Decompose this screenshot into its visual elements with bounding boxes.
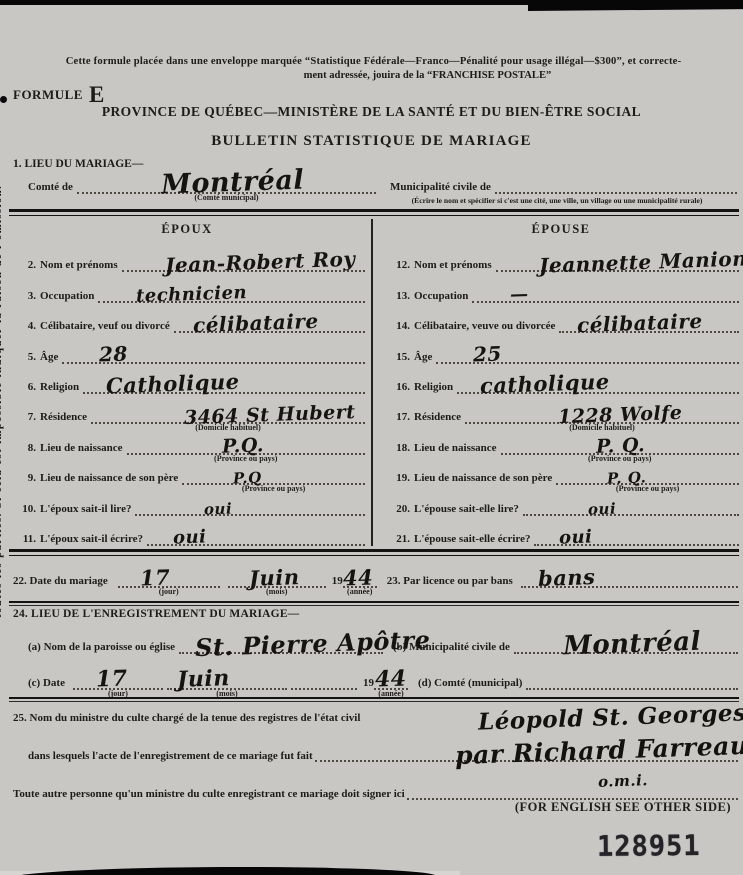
postal-note-line1: Cette formule placée dans une enveloppe … [12, 56, 735, 67]
section1-row: Comté de Montréal (Comté municipal) Muni… [28, 168, 737, 194]
minister-name2-handwritten: par Richard Farreau [455, 731, 743, 770]
form-row-17: 17.Résidence1228 Wolfe(Domicile habituel… [383, 394, 739, 424]
municipalite-field [495, 172, 737, 194]
scan-edge-bottom [8, 867, 436, 875]
form-row-13: 13.Occupation— [383, 272, 739, 302]
date-gap [291, 666, 357, 690]
row-label: Religion [414, 381, 453, 394]
row-number: 4. [9, 320, 40, 333]
spouse-columns: ÉPOUX 2.Nom et prénomsJean-Robert Roy 3.… [9, 219, 739, 546]
row-number: 10. [9, 503, 40, 516]
row-number: 9. [9, 472, 40, 485]
municipalite-caption: (Écrire le nom et spécifier si c'est une… [375, 196, 739, 205]
row-number: 17. [383, 411, 414, 424]
handwritten-value: 25 [472, 341, 502, 366]
row-number: 13. [383, 290, 414, 303]
row-number: 18. [383, 442, 414, 455]
form-title: PROVINCE DE QUÉBEC—MINISTÈRE DE LA SANTÉ… [0, 104, 743, 120]
comte-municipal-field [526, 666, 738, 690]
row-label: Nom et prénoms [40, 259, 118, 272]
row-number: 21. [383, 533, 414, 546]
divider-rule [9, 549, 739, 556]
row-label: Lieu de naissance [40, 442, 123, 455]
jour-field: 17 (jour) [118, 564, 220, 588]
date-annee-field: 44 (année) [374, 666, 408, 690]
licence-bans-field: bans [521, 564, 738, 588]
row-field: Jean-Robert Roy [122, 246, 365, 272]
comte-municipal-label: (d) Comté (municipal) [408, 677, 527, 690]
row-field: P.Q.(Province ou pays) [127, 429, 365, 455]
row-field: oui [534, 520, 739, 546]
row-label: Occupation [414, 290, 468, 303]
row-label: Célibataire, veuve ou divorcée [414, 320, 555, 333]
minister-name-handwritten: Léopold St. Georges [478, 699, 743, 735]
row-field: P. Q.(Province ou pays) [501, 429, 739, 455]
section24-row-ab: (a) Nom de la paroisse ou église St. Pie… [28, 624, 738, 654]
row-field: 3464 St Hubert(Domicile habituel) [91, 398, 365, 424]
form-row-12: 12.Nom et prénomsJeannette Manion [383, 242, 739, 272]
row-label: Âge [414, 351, 432, 364]
row-label: Célibataire, veuf ou divorcé [40, 320, 170, 333]
row-field: technicien [98, 277, 365, 303]
row-field: 25 [436, 338, 739, 364]
section24-heading: 24. LIEU DE L'ENREGISTREMENT DU MARIAGE— [13, 608, 299, 620]
other-signature-field [407, 786, 738, 800]
row-number: 20. [383, 503, 414, 516]
row-label: L'épouse sait-elle écrire? [414, 533, 530, 546]
handwritten-value: oui [559, 526, 593, 548]
handwritten-value: 28 [98, 341, 128, 366]
row-field: P.Q(Province ou pays) [182, 459, 365, 485]
row-label: Lieu de naissance [414, 442, 497, 455]
divider-rule [9, 601, 739, 606]
row-label: Lieu de naissance de son père [414, 472, 552, 485]
comte-caption: (Comté municipal) [194, 193, 258, 202]
form-row-14: 14.Célibataire, veuve ou divorcéecélibat… [383, 303, 739, 333]
comte-label: Comté de [28, 181, 77, 194]
row-number: 8. [9, 442, 40, 455]
row-field: célibataire [174, 307, 365, 333]
row-field: 28 [62, 338, 365, 364]
row-label: Nom et prénoms [414, 259, 492, 272]
row-label: Résidence [414, 411, 461, 424]
row-label: L'épouse sait-elle lire? [414, 503, 519, 516]
row-field: 1228 Wolfe(Domicile habituel) [465, 398, 739, 424]
section25-line2-label: dans lesquels l'acte de l'enregistrement… [28, 750, 315, 762]
row-number: 19. [383, 472, 414, 485]
row-field: Catholique [83, 368, 365, 394]
row-label: Âge [40, 351, 58, 364]
epouse-column: ÉPOUSE 12.Nom et prénomsJeannette Manion… [373, 219, 739, 546]
section22-row: 22. Date du mariage 17 (jour) Juin (mois… [13, 560, 738, 588]
date-annee-prefix: 19 [357, 677, 374, 690]
divider-rule [9, 697, 739, 702]
annee-caption: (année) [347, 587, 372, 596]
form-row-11: 11.L'époux sait-il écrire?oui [9, 516, 365, 546]
form-row-3: 3.Occupationtechnicien [9, 272, 365, 302]
form-row-6: 6.ReligionCatholique [9, 364, 365, 394]
mois-field: Juin (mois) [228, 564, 326, 588]
row-label: L'époux sait-il écrire? [40, 533, 143, 546]
annee-prefix: 19 [326, 575, 343, 588]
form-row-5: 5.Âge28 [9, 333, 365, 363]
epouse-header: ÉPOUSE [383, 219, 739, 242]
row-field: Jeannette Manion [496, 246, 739, 272]
form-row-15: 15.Âge25 [383, 333, 739, 363]
form-row-7: 7.Résidence3464 St Hubert(Domicile habit… [9, 394, 365, 424]
row-field: — [472, 277, 739, 303]
section25-line3-label: Toute autre personne qu'un ministre du c… [13, 788, 407, 800]
row-label: Religion [40, 381, 79, 394]
form-subtitle: BULLETIN STATISTIQUE DE MARIAGE [0, 133, 743, 150]
row-field: célibataire [559, 307, 739, 333]
date-mois-field: Juin (mois) [167, 666, 287, 690]
divider-rule [9, 209, 739, 216]
epoux-column: ÉPOUX 2.Nom et prénomsJean-Robert Roy 3.… [9, 219, 373, 546]
form-row-16: 16.Religioncatholique [383, 364, 739, 394]
row-number: 2. [9, 259, 40, 272]
form-row-8: 8.Lieu de naissanceP.Q.(Province ou pays… [9, 424, 365, 454]
mois-caption: (mois) [266, 587, 287, 596]
row-field: oui [135, 490, 365, 516]
formule-word: FORMULE [13, 87, 83, 102]
form-row-4: 4.Célibataire, veuf ou divorcécélibatair… [9, 303, 365, 333]
paroisse-handwritten-value: St. Pierre Apôtre [195, 625, 431, 662]
row-number: 7. [9, 411, 40, 424]
row-number: 14. [383, 320, 414, 333]
row-field: catholique [457, 368, 739, 394]
row-label: L'époux sait-il lire? [40, 503, 131, 516]
row-number: 16. [383, 381, 414, 394]
municipalite-label: Municipalité civile de [376, 181, 495, 194]
form-row-10: 10.L'époux sait-il lire?oui [9, 485, 365, 515]
scan-edge-top-right [528, 0, 743, 11]
row-number: 12. [383, 259, 414, 272]
english-side-note: (FOR ENGLISH SEE OTHER SIDE) [515, 800, 731, 815]
marriage-bulletin-document: toutes les parties. Si cela est impossib… [0, 0, 743, 875]
postal-note-line2: ment adressée, jouira de la “FRANCHISE P… [120, 70, 735, 81]
licence-bans-handwritten-value: bans [538, 564, 596, 591]
row-label: Résidence [40, 411, 87, 424]
municipalite-civile-field: Montréal [514, 632, 738, 654]
row-field: oui [147, 520, 365, 546]
row-number: 5. [9, 351, 40, 364]
row-field: P. Q.(Province ou pays) [556, 459, 739, 485]
row-label: Occupation [40, 290, 94, 303]
form-row-21: 21.L'épouse sait-elle écrire?oui [383, 516, 739, 546]
form-row-9: 9.Lieu de naissance de son pèreP.Q(Provi… [9, 455, 365, 485]
form-row-19: 19.Lieu de naissance de son pèreP. Q.(Pr… [383, 455, 739, 485]
date-enregistrement-label: (c) Date [28, 677, 69, 690]
paroisse-label: (a) Nom de la paroisse ou église [28, 641, 179, 654]
section24-row-cd: (c) Date 17 (jour) Juin (mois) 19 44 (an… [28, 662, 738, 690]
section25-line1: 25. Nom du ministre du culte chargé de l… [13, 712, 360, 724]
annee-field: 44 (année) [343, 564, 377, 588]
epoux-header: ÉPOUX [9, 219, 365, 242]
row-number: 15. [383, 351, 414, 364]
jour-caption: (jour) [159, 587, 179, 596]
row-number: 3. [9, 290, 40, 303]
row-field: oui [523, 490, 739, 516]
paroisse-field: St. Pierre Apôtre [179, 632, 383, 654]
minister-suffix-handwritten: o.m.i. [598, 771, 649, 791]
serial-number-stamp: 128951 [597, 830, 701, 863]
date-jour-field: 17 (jour) [73, 666, 163, 690]
row-number: 11. [9, 533, 40, 546]
comte-field: Montréal (Comté municipal) [77, 172, 376, 194]
form-row-20: 20.L'épouse sait-elle lire?oui [383, 485, 739, 515]
row-number: 6. [9, 381, 40, 394]
row-label: Lieu de naissance de son père [40, 472, 178, 485]
form-row-18: 18.Lieu de naissanceP. Q.(Province ou pa… [383, 424, 739, 454]
handwritten-value: oui [173, 526, 207, 548]
date-mariage-label: 22. Date du mariage [13, 575, 112, 588]
licence-bans-label: 23. Par licence ou par bans [377, 575, 517, 588]
municipalite-civile-handwritten-value: Montréal [563, 627, 702, 662]
form-row-2: 2.Nom et prénomsJean-Robert Roy [9, 242, 365, 272]
